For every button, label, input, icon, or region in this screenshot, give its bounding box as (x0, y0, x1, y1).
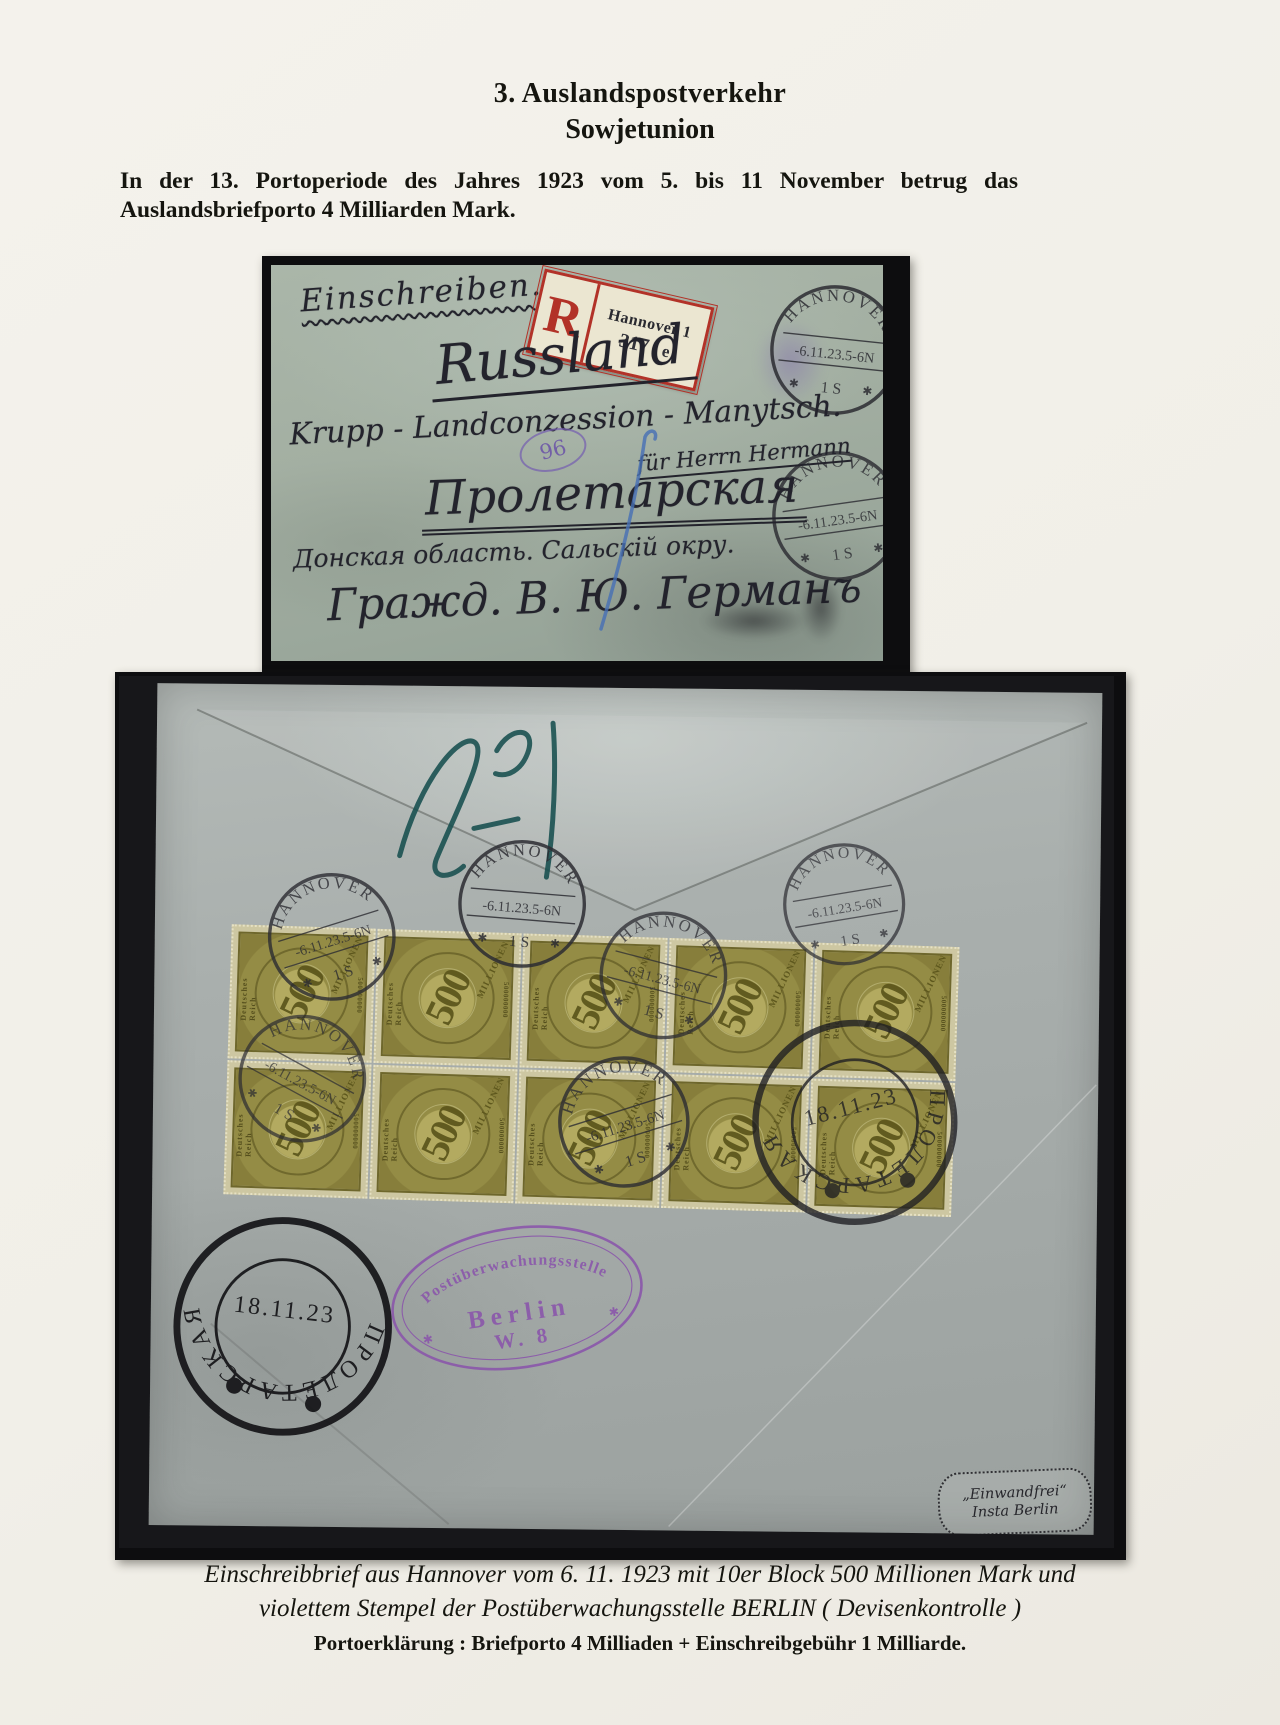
printer-cartouche-line2: Insta Berlin (972, 1500, 1059, 1522)
censor-oval-arc-text: Postüberwachungsstelle (414, 1240, 612, 1308)
ink-smear (791, 561, 851, 656)
stamp-country: Deutsches Reich (239, 963, 259, 1022)
album-page: HANNOVER -6.11.23.5-6N 1 S ✱ ✱ ПРОЛЕТАРС… (0, 0, 1280, 1725)
address-country: Russland (427, 312, 697, 398)
caption-line-2: violettem Stempel der Postüberwachungsst… (0, 1592, 1280, 1626)
caption-line-1: Einschreibbrief aus Hannover vom 6. 11. … (0, 1558, 1280, 1592)
handwritten-endorsement: Einschreiben. (299, 267, 544, 320)
stamp-500-millionen: Deutsches Reich500MILLIONEN500000000 (369, 1065, 517, 1203)
address-district: Донская область. Сальскій окру. (293, 529, 735, 573)
censor-oval-star: ✱ (608, 1304, 620, 1319)
stamp-country: Deutsches Reich (526, 1108, 546, 1167)
stamp-figure: 500000000 (497, 1118, 506, 1154)
intro-paragraph: In der 13. Portoperiode des Jahres 1923 … (120, 167, 1018, 225)
back-envelope-photo: Deutsches Reich500MILLIONEN500000000 Deu… (115, 672, 1126, 1560)
exhibit-caption: Einschreibbrief aus Hannover vom 6. 11. … (0, 1558, 1280, 1656)
printer-cartouche: „Einwandfrei“ Insta Berlin (937, 1467, 1094, 1535)
page-title: 3. Auslandspostverkehr (0, 78, 1280, 110)
back-envelope: Deutsches Reich500MILLIONEN500000000 Deu… (149, 683, 1103, 1535)
hannover-postmark (449, 831, 595, 977)
stamp-value: 500 (415, 963, 481, 1032)
stamp-country: Deutsches Reich (531, 972, 551, 1031)
censor-oval-star: ✱ (422, 1332, 434, 1347)
stamp-country: Deutsches Reich (380, 1103, 400, 1162)
stamp-value: 500 (410, 1099, 476, 1168)
hannover-postmark (769, 830, 918, 979)
stamp-figure: 500000000 (501, 982, 510, 1018)
intro-line-1: In der 13. Portoperiode des Jahres 1923 … (120, 167, 1018, 196)
header: 3. Auslandspostverkehr Sowjetunion (0, 78, 1280, 146)
back-photo-background: Deutsches Reich500MILLIONEN500000000 Deu… (119, 676, 1114, 1548)
front-envelope: Einschreiben. R Hannover 1 317e Russland… (271, 265, 883, 661)
cyrillic-arrival-postmark (155, 1199, 410, 1454)
caption-line-3: Portoerklärung : Briefporto 4 Milliaden … (0, 1631, 1280, 1656)
stamp-figure: 500000000 (793, 991, 802, 1027)
blue-crayon-mark (589, 423, 659, 635)
intro-line-2: Auslandsbriefporto 4 Milliarden Mark. (120, 196, 1018, 225)
address-country-text: Russland (427, 312, 698, 403)
front-envelope-photo: Einschreiben. R Hannover 1 317e Russland… (262, 256, 910, 688)
page-subtitle: Sowjetunion (0, 114, 1280, 146)
